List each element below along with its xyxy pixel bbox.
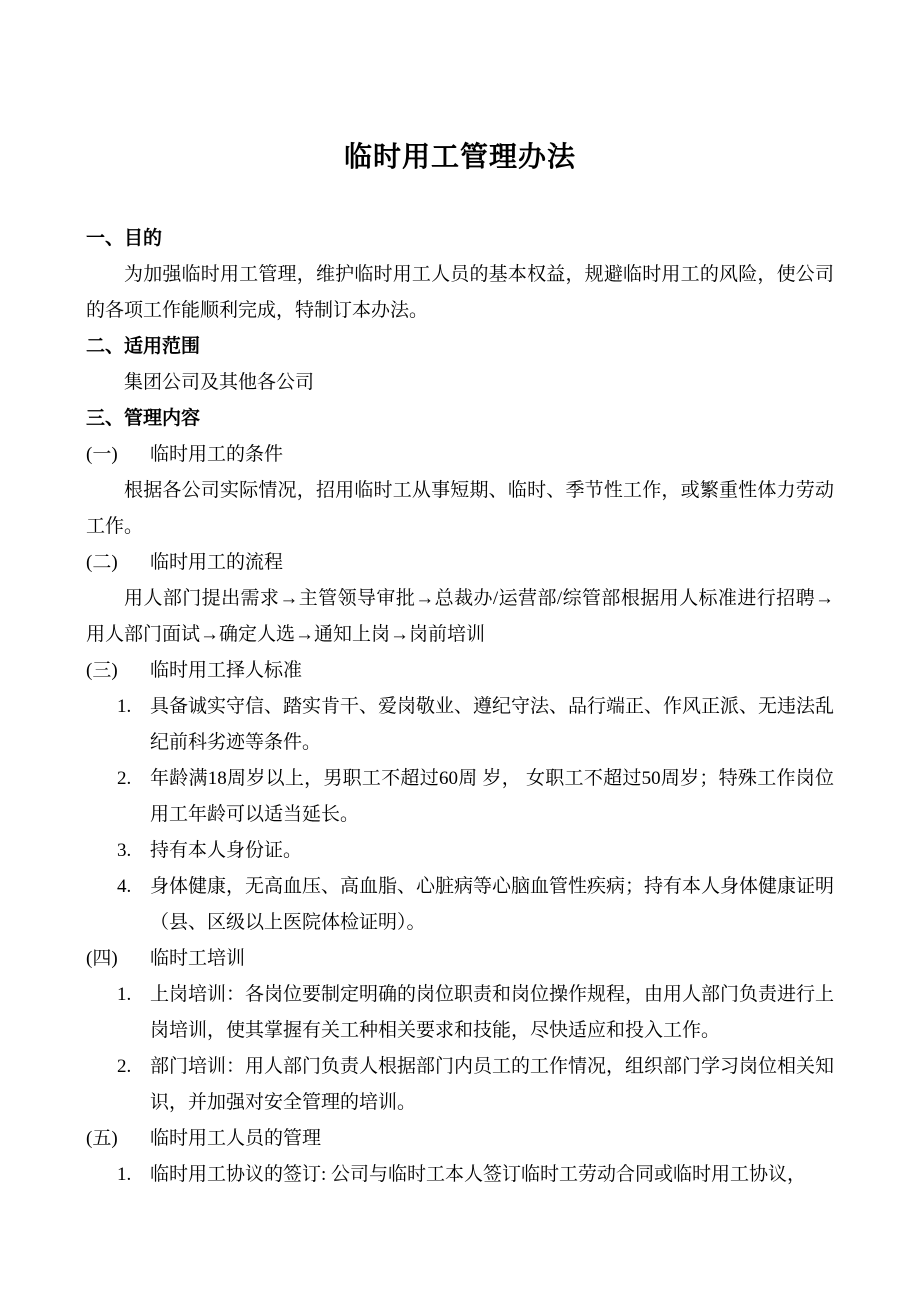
document-title: 临时用工管理办法 (86, 141, 834, 173)
list-item-level1-conditions: (一) 临时用工的条件 (86, 437, 834, 473)
list-number: 1. (117, 689, 131, 725)
list-number: 3. (117, 833, 131, 869)
list-item-text: 临时用工的流程 (150, 552, 283, 573)
list-item-text: 临时用工的条件 (150, 444, 283, 465)
list-item-text: 年龄满18周岁以上，男职工不超过60周 岁， 女职工不超过50周岁；特殊工作岗位… (150, 768, 834, 825)
document-body: 临时用工管理办法 一、目的 为加强临时用工管理，维护临时用工人员的基本权益，规避… (0, 0, 920, 1193)
list-item-text: 身体健康，无高血压、高血脂、心脏病等心脑血管性疾病；持有本人身体健康证明（县、区… (150, 876, 834, 933)
list-item-level1-process: (二) 临时用工的流程 (86, 545, 834, 581)
list-item-level2-criteria-1: 1. 具备诚实守信、踏实肯干、爱岗敬业、遵纪守法、品行端正、作风正派、无违法乱纪… (86, 689, 834, 761)
paragraph-scope: 集团公司及其他各公司 (86, 365, 834, 401)
list-item-text: 部门培训：用人部门负责人根据部门内员工的工作情况，组织部门学习岗位相关知识，并加… (150, 1056, 834, 1113)
list-item-level2-criteria-2: 2. 年龄满18周岁以上，男职工不超过60周 岁， 女职工不超过50周岁；特殊工… (86, 761, 834, 833)
list-item-text: 上岗培训：各岗位要制定明确的岗位职责和岗位操作规程，由用人部门负责进行上岗培训，… (150, 984, 834, 1041)
list-marker: (三) (86, 653, 118, 689)
paragraph-process-flow: 用人部门提出需求→主管领导审批→总裁办/运营部/综管部根据用人标准进行招聘→用人… (86, 581, 834, 653)
list-item-text: 具备诚实守信、踏实肯干、爱岗敬业、遵纪守法、品行端正、作风正派、无违法乱纪前科劣… (150, 696, 834, 753)
list-marker: (一) (86, 437, 118, 473)
list-item-text: 临时工培训 (150, 948, 245, 969)
document-page: 临时用工管理办法 一、目的 为加强临时用工管理，维护临时用工人员的基本权益，规避… (0, 0, 920, 1302)
list-item-level2-management-1: 1. 临时用工协议的签订: 公司与临时工本人签订临时工劳动合同或临时用工协议， (86, 1157, 834, 1193)
list-item-level1-management: (五) 临时用工人员的管理 (86, 1121, 834, 1157)
paragraph-purpose: 为加强临时用工管理，维护临时用工人员的基本权益，规避临时用工的风险，使公司的各项… (86, 257, 834, 329)
list-item-level1-training: (四) 临时工培训 (86, 941, 834, 977)
list-number: 4. (117, 869, 131, 905)
list-number: 1. (117, 1157, 131, 1193)
section-heading-content: 三、管理内容 (86, 401, 834, 437)
list-item-text: 临时用工人员的管理 (150, 1128, 321, 1149)
list-number: 1. (117, 977, 131, 1013)
list-marker: (五) (86, 1121, 118, 1157)
list-item-level2-criteria-4: 4. 身体健康，无高血压、高血脂、心脏病等心脑血管性疾病；持有本人身体健康证明（… (86, 869, 834, 941)
list-item-text: 持有本人身份证。 (150, 840, 302, 861)
section-heading-scope: 二、适用范围 (86, 329, 834, 365)
list-number: 2. (117, 761, 131, 797)
list-marker: (二) (86, 545, 118, 581)
list-item-level2-criteria-3: 3. 持有本人身份证。 (86, 833, 834, 869)
list-item-level1-criteria: (三) 临时用工择人标准 (86, 653, 834, 689)
section-heading-purpose: 一、目的 (86, 221, 834, 257)
list-number: 2. (117, 1049, 131, 1085)
paragraph-conditions: 根据各公司实际情况，招用临时工从事短期、临时、季节性工作，或繁重性体力劳动工作。 (86, 473, 834, 545)
list-item-text: 临时用工择人标准 (150, 660, 302, 681)
list-marker: (四) (86, 941, 118, 977)
list-item-level2-training-2: 2. 部门培训：用人部门负责人根据部门内员工的工作情况，组织部门学习岗位相关知识… (86, 1049, 834, 1121)
list-item-level2-training-1: 1. 上岗培训：各岗位要制定明确的岗位职责和岗位操作规程，由用人部门负责进行上岗… (86, 977, 834, 1049)
list-item-text: 临时用工协议的签订: 公司与临时工本人签订临时工劳动合同或临时用工协议， (150, 1164, 806, 1185)
